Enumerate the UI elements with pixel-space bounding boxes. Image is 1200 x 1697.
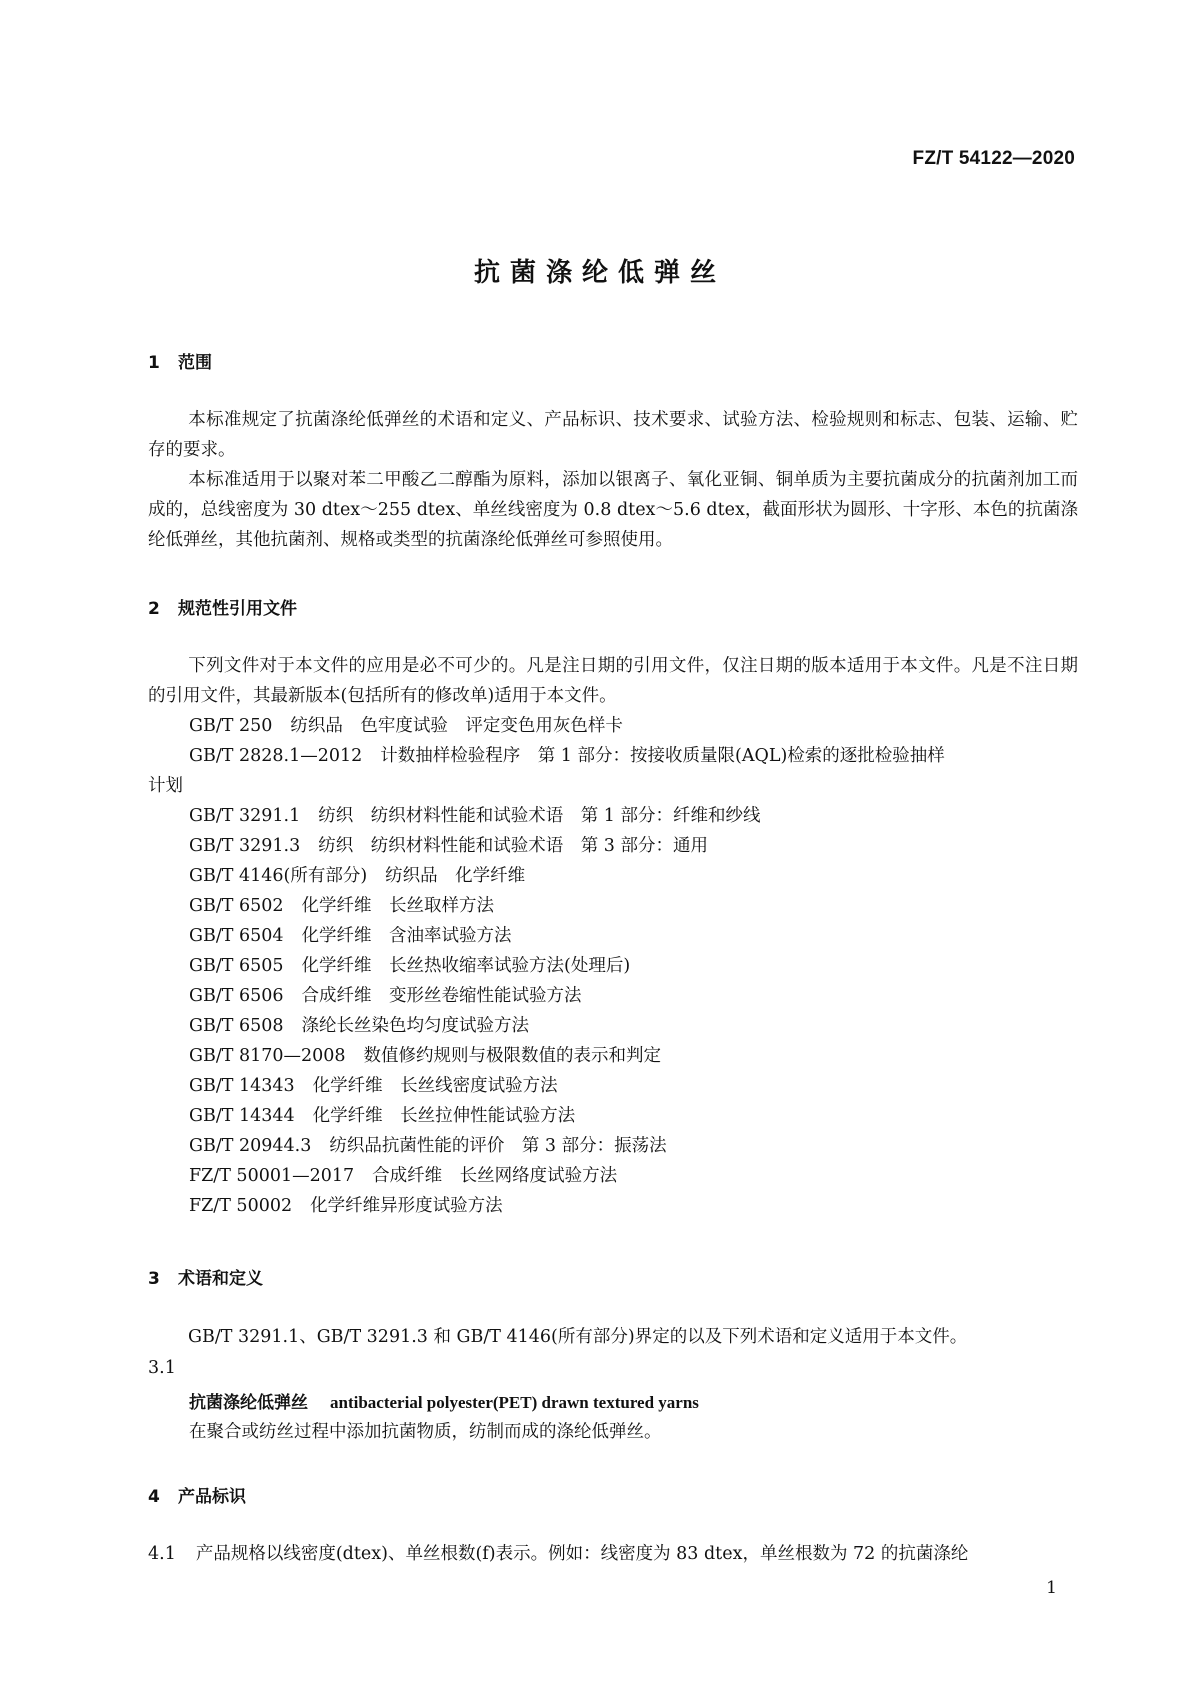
reference-item: GB/T 3291.1纺织 纺织材料性能和试验术语 第 1 部分：纤维和纱线 (189, 801, 760, 831)
section-title: 规范性引用文件 (178, 599, 297, 619)
term-definition: 在聚合或纺丝过程中添加抗菌物质，纺制而成的涤纶低弹丝。 (189, 1418, 662, 1443)
reference-item: GB/T 6506合成纤维 变形丝卷缩性能试验方法 (189, 981, 582, 1011)
document-title: 抗菌涤纶低弹丝 (0, 252, 1200, 289)
reference-continuation: 计划 (148, 771, 183, 801)
reference-item: GB/T 4146(所有部分)纺织品 化学纤维 (189, 861, 525, 891)
term-entry: 抗菌涤纶低弹丝antibacterial polyester(PET) draw… (189, 1388, 699, 1413)
paragraph: 本标准适用于以聚对苯二甲酸乙二醇酯为原料，添加以银离子、氧化亚铜、铜单质为主要抗… (148, 465, 1078, 555)
paragraph: GB/T 3291.1、GB/T 3291.3 和 GB/T 4146(所有部分… (148, 1322, 1078, 1352)
section-title: 产品标识 (178, 1487, 246, 1507)
section-heading: 1范围 (148, 348, 212, 373)
section-title: 术语和定义 (178, 1269, 263, 1289)
section-number: 1 (148, 353, 178, 373)
section-title: 范围 (178, 353, 212, 373)
reference-item: GB/T 20944.3纺织品抗菌性能的评价 第 3 部分：振荡法 (189, 1131, 667, 1161)
reference-item: GB/T 14344化学纤维 长丝拉伸性能试验方法 (189, 1101, 575, 1131)
reference-item: GB/T 8170—2008数值修约规则与极限数值的表示和判定 (189, 1041, 661, 1071)
section-heading: 2规范性引用文件 (148, 594, 297, 619)
clause-number: 4.1 (148, 1544, 176, 1564)
reference-item: GB/T 6508涤纶长丝染色均匀度试验方法 (189, 1011, 529, 1041)
reference-item: GB/T 6504化学纤维 含油率试验方法 (189, 921, 512, 951)
term-en: antibacterial polyester(PET) drawn textu… (330, 1393, 699, 1412)
term-zh: 抗菌涤纶低弹丝 (189, 1393, 308, 1413)
section-number: 4 (148, 1487, 178, 1507)
paragraph: 下列文件对于本文件的应用是必不可少的。凡是注日期的引用文件，仅注日期的版本适用于… (148, 651, 1078, 711)
section-heading: 3术语和定义 (148, 1264, 263, 1289)
reference-item: GB/T 2828.1—2012计数抽样检验程序 第 1 部分：按接收质量限(A… (189, 741, 945, 771)
section-number: 2 (148, 599, 178, 619)
standard-code: FZ/T 54122—2020 (913, 148, 1075, 170)
section-number: 3 (148, 1269, 178, 1289)
clause: 4.1产品规格以线密度(dtex)、单丝根数(f)表示。例如：线密度为 83 d… (148, 1540, 968, 1565)
paragraph: 本标准规定了抗菌涤纶低弹丝的术语和定义、产品标识、技术要求、试验方法、检验规则和… (148, 405, 1078, 465)
section-heading: 4产品标识 (148, 1482, 246, 1507)
clause-text: 产品规格以线密度(dtex)、单丝根数(f)表示。例如：线密度为 83 dtex… (196, 1544, 969, 1564)
page-number: 1 (1046, 1578, 1057, 1598)
reference-item: GB/T 3291.3纺织 纺织材料性能和试验术语 第 3 部分：通用 (189, 831, 708, 861)
reference-item: GB/T 6502化学纤维 长丝取样方法 (189, 891, 494, 921)
reference-item: GB/T 14343化学纤维 长丝线密度试验方法 (189, 1071, 558, 1101)
reference-item: GB/T 6505化学纤维 长丝热收缩率试验方法(处理后) (189, 951, 630, 981)
term-number: 3.1 (148, 1358, 176, 1378)
reference-item: GB/T 250纺织品 色牢度试验 评定变色用灰色样卡 (189, 711, 623, 741)
reference-item: FZ/T 50001—2017合成纤维 长丝网络度试验方法 (189, 1161, 617, 1191)
reference-item: FZ/T 50002化学纤维异形度试验方法 (189, 1191, 503, 1221)
